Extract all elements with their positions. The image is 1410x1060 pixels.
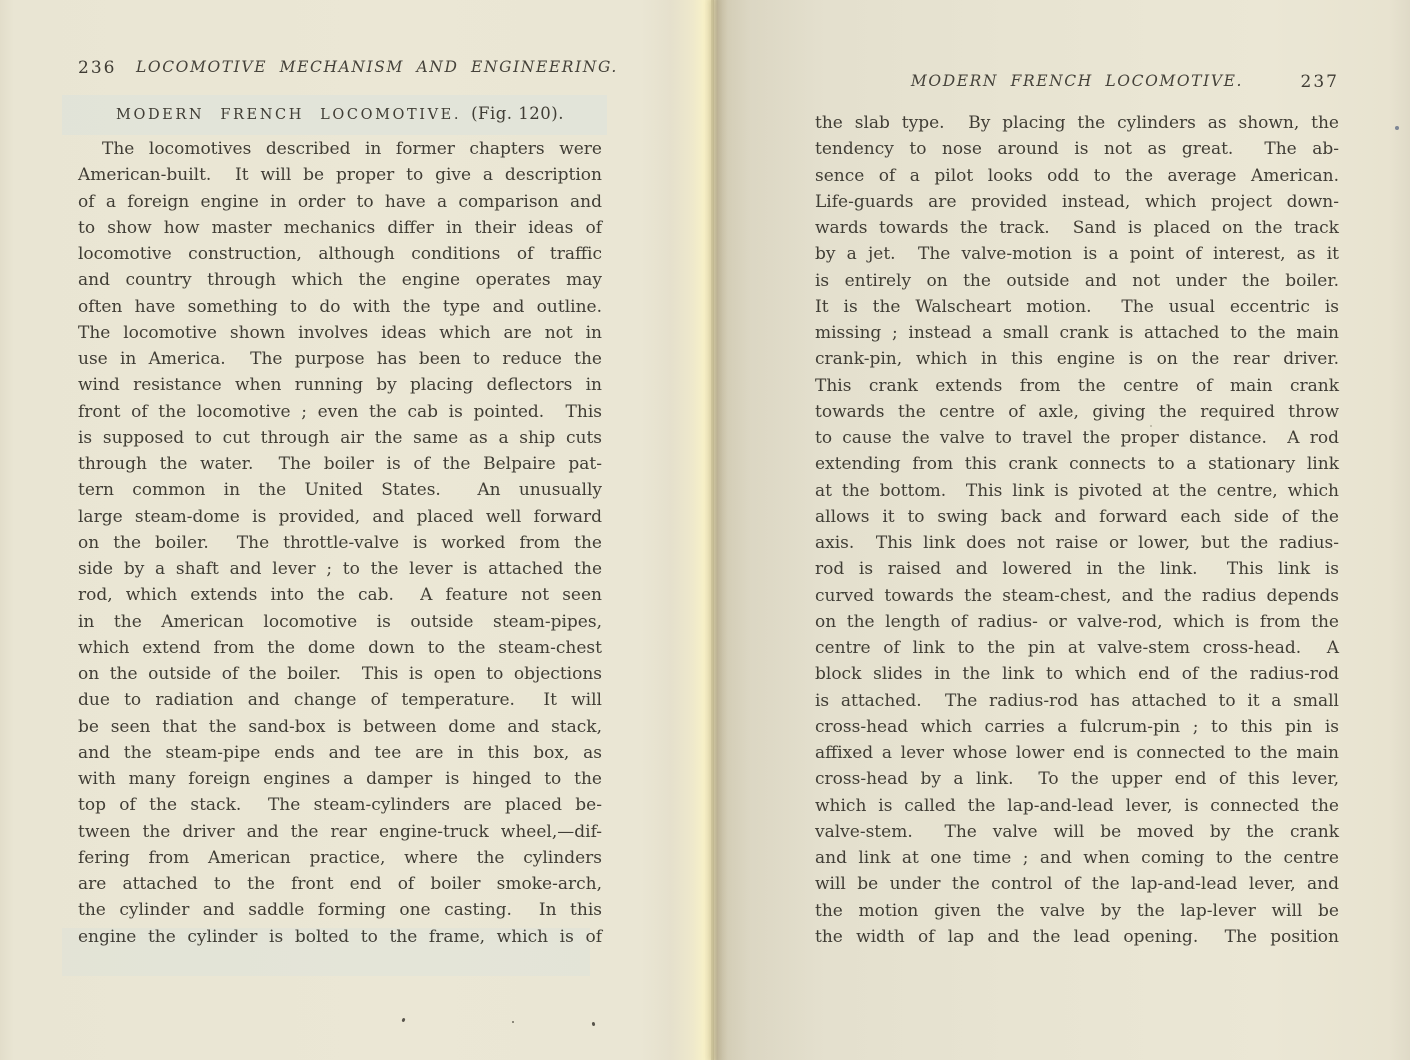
text-line: due to radiation and change of temperatu… (78, 687, 602, 713)
text-line: be seen that the sand-box is between dom… (78, 714, 602, 740)
text-line: and the steam-pipe ends and tee are in t… (78, 740, 602, 766)
text-line: of a foreign engine in order to have a c… (78, 189, 602, 215)
text-line: to cause the valve to travel the proper … (815, 425, 1339, 451)
text-line: tween the driver and the rear engine-tru… (78, 819, 602, 845)
text-line: The locomotives described in former chap… (78, 136, 602, 162)
text-line: wards towards the track. Sand is placed … (815, 215, 1339, 241)
chapter-heading-text: MODERN FRENCH LOCOMOTIVE. (116, 107, 461, 123)
text-line: on the length of radius- or valve-rod, w… (815, 609, 1339, 635)
text-line: missing ; instead a small crank is attac… (815, 320, 1339, 346)
text-line: to show how master mechanics differ in t… (78, 215, 602, 241)
text-line: allows it to swing back and forward each… (815, 504, 1339, 530)
left-page-body-text: The locomotives described in former chap… (78, 136, 602, 950)
text-line: The locomotive shown involves ideas whic… (78, 320, 602, 346)
running-title-right: MODERN FRENCH LOCOMOTIVE. (815, 72, 1339, 90)
text-line: through the water. The boiler is of the … (78, 451, 602, 477)
chapter-heading: MODERN FRENCH LOCOMOTIVE.(Fig. 120). (78, 104, 602, 123)
text-line: rod, which extends into the cab. A featu… (78, 582, 602, 608)
text-line: Life-guards are provided instead, which … (815, 189, 1339, 215)
text-line: fering from American practice, where the… (78, 845, 602, 871)
text-line: at the bottom. This link is pivoted at t… (815, 478, 1339, 504)
text-line: cross-head which carries a fulcrum-pin ;… (815, 714, 1339, 740)
text-line: by a jet. The valve-motion is a point of… (815, 241, 1339, 267)
text-line: on the outside of the boiler. This is op… (78, 661, 602, 687)
text-line: the slab type. By placing the cylinders … (815, 110, 1339, 136)
text-line: in the American locomotive is outside st… (78, 609, 602, 635)
text-line: will be under the control of the lap-and… (815, 871, 1339, 897)
text-line: is entirely on the outside and not under… (815, 268, 1339, 294)
text-line: curved towards the steam-chest, and the … (815, 583, 1339, 609)
text-line: axis. This link does not raise or lower,… (815, 530, 1339, 556)
text-line: wind resistance when running by placing … (78, 372, 602, 398)
text-line: top of the stack. The steam-cylinders ar… (78, 792, 602, 818)
page-number-right: 237 (1301, 72, 1339, 92)
text-line: which extend from the dome down to the s… (78, 635, 602, 661)
book-scan: 236 LOCOMOTIVE MECHANISM AND ENGINEERING… (0, 0, 1410, 1060)
right-page-body-text: the slab type. By placing the cylinders … (815, 110, 1339, 950)
text-line: is attached. The radius-rod has attached… (815, 688, 1339, 714)
text-line: often have something to do with the type… (78, 294, 602, 320)
text-line: engine the cylinder is bolted to the fra… (78, 924, 602, 950)
left-running-header: 236 LOCOMOTIVE MECHANISM AND ENGINEERING… (78, 58, 602, 84)
text-line: tendency to nose around is not as great.… (815, 136, 1339, 162)
right-running-header: MODERN FRENCH LOCOMOTIVE. 237 (815, 72, 1339, 98)
text-line: It is the Walscheart motion. The usual e… (815, 294, 1339, 320)
text-line: on the boiler. The throttle-valve is wor… (78, 530, 602, 556)
text-line: sence of a pilot looks odd to the averag… (815, 163, 1339, 189)
text-line: American-built. It will be proper to giv… (78, 162, 602, 188)
text-line: use in America. The purpose has been to … (78, 346, 602, 372)
text-line: and link at one time ; and when coming t… (815, 845, 1339, 871)
text-line: block slides in the link to which end of… (815, 661, 1339, 687)
text-line: centre of link to the pin at valve-stem … (815, 635, 1339, 661)
text-line: are attached to the front end of boiler … (78, 871, 602, 897)
text-line: is supposed to cut through air the same … (78, 425, 602, 451)
text-line: towards the centre of axle, giving the r… (815, 399, 1339, 425)
text-line: This crank extends from the centre of ma… (815, 373, 1339, 399)
text-line: affixed a lever whose lower end is conne… (815, 740, 1339, 766)
text-line: front of the locomotive ; even the cab i… (78, 399, 602, 425)
text-line: tern common in the United States. An unu… (78, 477, 602, 503)
text-line: cross-head by a link. To the upper end o… (815, 766, 1339, 792)
text-line: crank-pin, which in this engine is on th… (815, 346, 1339, 372)
text-line: which is called the lap-and-lead lever, … (815, 793, 1339, 819)
text-line: locomotive construction, although condit… (78, 241, 602, 267)
text-line: the motion given the valve by the lap-le… (815, 898, 1339, 924)
page-number-left: 236 (78, 58, 116, 78)
text-line: rod is raised and lowered in the link. T… (815, 556, 1339, 582)
text-line: with many foreign engines a damper is hi… (78, 766, 602, 792)
text-line: valve-stem. The valve will be moved by t… (815, 819, 1339, 845)
text-line: side by a shaft and lever ; to the lever… (78, 556, 602, 582)
text-line: and country through which the engine ope… (78, 267, 602, 293)
text-line: the cylinder and saddle forming one cast… (78, 897, 602, 923)
running-title-left: LOCOMOTIVE MECHANISM AND ENGINEERING. (78, 58, 602, 76)
figure-reference: (Fig. 120). (461, 104, 564, 123)
text-line: large steam-dome is provided, and placed… (78, 504, 602, 530)
text-line: extending from this crank connects to a … (815, 451, 1339, 477)
text-line: the width of lap and the lead opening. T… (815, 924, 1339, 950)
